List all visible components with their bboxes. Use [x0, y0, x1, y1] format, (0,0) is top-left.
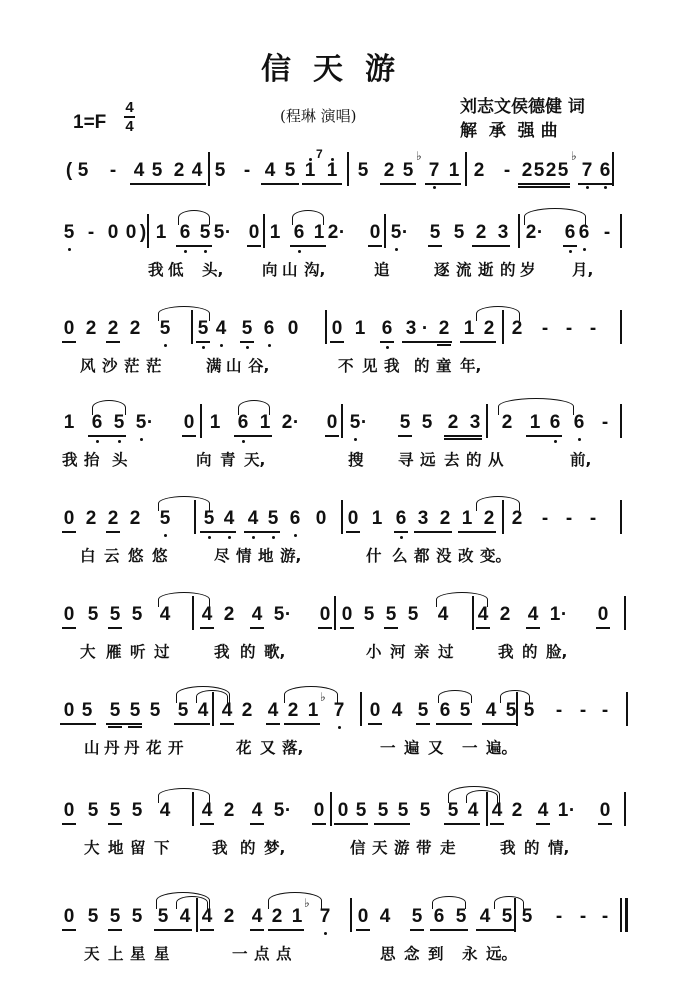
note: 0 — [312, 800, 326, 822]
dash-symbol: - — [106, 160, 120, 182]
augmentation-dot: · — [560, 604, 568, 626]
note: 2 — [222, 604, 236, 626]
octave-dot-below — [586, 186, 589, 189]
beam-line — [108, 929, 122, 931]
barline — [341, 500, 343, 534]
note: 4 — [526, 604, 540, 626]
flat-sign: ♭ — [304, 896, 310, 910]
note: 4 — [220, 700, 234, 722]
barline — [334, 596, 336, 630]
note: 5 — [158, 508, 172, 530]
lyric-char: 去 — [444, 448, 460, 470]
lyric-char: 梦, — [264, 836, 285, 858]
note: 5 — [458, 700, 472, 722]
note: 4 — [200, 604, 214, 626]
octave-dot-below — [386, 346, 389, 349]
dash-symbol: - — [600, 222, 614, 244]
beam-line — [60, 723, 96, 725]
octave-dot-below — [96, 440, 99, 443]
note: 3 — [468, 412, 482, 434]
lyric-char: 念 — [404, 942, 420, 964]
barline — [626, 692, 628, 726]
beam-line — [318, 627, 332, 629]
note: 5 — [396, 800, 410, 822]
barline — [624, 596, 626, 630]
lyric-char: 变。 — [480, 544, 511, 566]
note: 5 — [410, 906, 424, 928]
note: 0 — [336, 800, 350, 822]
note: 1 — [462, 318, 476, 340]
note: 1 — [268, 222, 282, 244]
lyric-char: 月, — [572, 258, 593, 280]
note: 0 — [62, 700, 76, 722]
beam-line — [526, 627, 540, 629]
flat-sign: ♭ — [416, 149, 422, 163]
lyric-char: 的 — [466, 448, 482, 470]
note: 2 — [438, 508, 452, 530]
note: 5 — [406, 604, 420, 626]
note: 4 — [476, 604, 490, 626]
lyric-char: 歌, — [264, 640, 285, 662]
lyric-char: 向 — [262, 258, 278, 280]
lyric-char: 山 — [282, 258, 298, 280]
barline — [620, 214, 622, 248]
note: 4 — [250, 604, 264, 626]
lyric-char: 过 — [438, 640, 454, 662]
lyricist-credit: 刘志文侯德健 词 — [460, 92, 585, 117]
lyric-char: 云 — [104, 544, 120, 566]
note: 6 — [90, 412, 104, 434]
beam-line — [596, 627, 610, 629]
note: 4 — [378, 906, 392, 928]
note: 2 — [510, 508, 524, 530]
beam-line — [106, 723, 142, 725]
augmentation-dot: · — [284, 800, 292, 822]
octave-dot-below — [246, 346, 249, 349]
song-title: 信天游 — [0, 44, 678, 88]
slur-tie — [476, 496, 520, 511]
note: 5 — [266, 508, 280, 530]
note: 2 — [270, 906, 284, 928]
beam-line — [302, 183, 342, 185]
dash-symbol: - — [552, 906, 566, 928]
lyric-char: 情, — [548, 836, 569, 858]
note: 2 — [437, 318, 451, 340]
note: 1 — [306, 700, 320, 722]
lyric-char: 花 — [146, 736, 162, 758]
beam-line — [196, 341, 210, 343]
note: 4 — [200, 906, 214, 928]
note: 5 — [354, 800, 368, 822]
octave-dot-below — [268, 344, 271, 347]
lyric-char: 我 — [148, 258, 164, 280]
octave-dot-below — [433, 186, 436, 189]
lyric-char: 信 — [350, 836, 366, 858]
note: 2 — [286, 700, 300, 722]
lyric-char: 带 — [416, 836, 432, 858]
lyric-char: 风 — [80, 354, 96, 376]
dash-symbol: - — [598, 412, 612, 434]
lyric-char: 前, — [570, 448, 591, 470]
barline — [620, 500, 622, 534]
lyric-char: 低 — [168, 258, 184, 280]
note: 4 — [178, 906, 192, 928]
barline — [347, 152, 349, 186]
note: 6 — [598, 160, 612, 182]
note: 4 — [266, 700, 280, 722]
beam-line — [62, 531, 76, 533]
note: 4 — [222, 508, 236, 530]
augmentation-dot: · — [360, 412, 368, 434]
lyric-char: 我 — [62, 448, 78, 470]
dash-symbol: - — [538, 318, 552, 340]
note: 4 — [263, 160, 277, 182]
lyric-char: 开 — [168, 736, 184, 758]
beam-line — [250, 823, 264, 825]
slur-tie — [498, 398, 574, 415]
note: 5 — [202, 508, 216, 530]
octave-dot-below — [324, 932, 327, 935]
note: 5 — [240, 318, 254, 340]
beam-line — [200, 823, 214, 825]
beam-line — [268, 929, 304, 931]
lyric-char: 远。 — [486, 942, 517, 964]
note: 5 — [130, 604, 144, 626]
lyric-char: 追 — [374, 258, 390, 280]
note: 5 — [384, 604, 398, 626]
note: 0 — [325, 412, 339, 434]
octave-dot-below — [228, 536, 231, 539]
beam-line — [62, 823, 76, 825]
lyric-char: 悠 — [152, 544, 168, 566]
octave-dot-below — [354, 438, 357, 441]
octave-dot-below — [569, 250, 572, 253]
beam-line — [472, 245, 510, 247]
lyric-char: 白 — [80, 544, 96, 566]
dash-symbol: - — [598, 700, 612, 722]
beam-line — [176, 245, 212, 247]
lyric-char: 一 — [380, 736, 396, 758]
lyric-char: 从 — [488, 448, 504, 470]
beam-line — [247, 245, 261, 247]
dash-symbol: - — [576, 700, 590, 722]
lyric-char: 岁 — [520, 258, 536, 280]
beam-line — [436, 723, 472, 725]
lyric-char: 点 — [254, 942, 270, 964]
note: 2 — [382, 160, 396, 182]
lyric-char: 什 — [366, 544, 382, 566]
beam-line — [476, 929, 512, 931]
lyric-char: 雁 — [106, 640, 122, 662]
note: 3 — [496, 222, 510, 244]
beam-line — [482, 723, 518, 725]
note: 0 — [340, 604, 354, 626]
note: 4 — [200, 800, 214, 822]
lyric-char: 的 — [500, 258, 516, 280]
dash-symbol: - — [240, 160, 254, 182]
time-signature-bottom: 4 — [125, 118, 133, 135]
barline — [624, 792, 626, 826]
dash-symbol: - — [552, 700, 566, 722]
lyric-char: 地 — [108, 836, 124, 858]
octave-dot-below — [220, 344, 223, 347]
beam-line — [62, 627, 76, 629]
note: 4 — [436, 604, 450, 626]
lyric-char: 脸, — [546, 640, 567, 662]
dash-symbol: - — [586, 318, 600, 340]
parenthesis: ( — [62, 160, 76, 182]
lyric-char: 青 — [220, 448, 236, 470]
beam-line — [394, 531, 408, 533]
beam-line — [261, 183, 299, 185]
lyric-char: 一 — [232, 942, 248, 964]
note: 0 — [182, 412, 196, 434]
note: 0 — [356, 906, 370, 928]
note: 1 — [447, 160, 461, 182]
beam-line — [526, 435, 562, 437]
beam-line — [182, 435, 196, 437]
augmentation-dot: · — [401, 222, 409, 244]
note: 5 — [418, 800, 432, 822]
beam-line — [598, 823, 612, 825]
lyric-char: 茫 — [146, 354, 162, 376]
lyric-char: 尽 — [214, 544, 230, 566]
note: 4 — [196, 700, 210, 722]
note: 4 — [250, 906, 264, 928]
dash-symbol: - — [562, 318, 576, 340]
slur-tie — [158, 496, 210, 511]
beam-line — [444, 438, 482, 440]
note: 4 — [536, 800, 550, 822]
note: 2 — [222, 906, 236, 928]
note: 2 — [106, 318, 120, 340]
beam-line — [368, 723, 382, 725]
lyric-char: 丹 — [104, 736, 120, 758]
lyric-char: 见 — [362, 354, 378, 376]
note: 2 — [128, 508, 142, 530]
lyric-char: 茫 — [124, 354, 140, 376]
barline — [620, 404, 622, 438]
note: 2 — [222, 800, 236, 822]
note: 0 — [247, 222, 261, 244]
note: 0 — [330, 318, 344, 340]
lyric-char: 么 — [392, 544, 408, 566]
note: 5 — [376, 800, 390, 822]
note: 1 — [208, 412, 222, 434]
lyric-char: 寻 — [398, 448, 414, 470]
beam-line — [428, 245, 442, 247]
beam-line — [130, 183, 206, 185]
note: 6 — [432, 906, 446, 928]
lyric-char: 山 — [84, 736, 100, 758]
lyric-char: 的 — [522, 640, 538, 662]
note: 5 — [130, 906, 144, 928]
beam-line — [536, 823, 550, 825]
note: 5 — [112, 412, 126, 434]
lyric-char: 我 — [384, 354, 400, 376]
lyric-char: 又 — [428, 736, 444, 758]
dash-symbol: - — [562, 508, 576, 530]
lyric-char: 头 — [112, 448, 128, 470]
slur-tie — [92, 400, 126, 415]
note: 4 — [246, 508, 260, 530]
note: 4 — [214, 318, 228, 340]
slur-tie — [524, 208, 586, 225]
beam-line — [240, 341, 254, 343]
barline — [486, 404, 488, 438]
dash-symbol: - — [598, 906, 612, 928]
dash-symbol: - — [84, 222, 98, 244]
slur-tie — [466, 790, 498, 803]
octave-dot-below — [583, 248, 586, 251]
lyric-char: 大 — [80, 640, 96, 662]
octave-dot-below — [184, 250, 187, 253]
octave-dot-below — [252, 536, 255, 539]
barline — [384, 214, 386, 248]
lyric-char: 远 — [420, 448, 436, 470]
lyric-char: 沙 — [102, 354, 118, 376]
lyric-char: 的 — [524, 836, 540, 858]
barline — [147, 214, 149, 248]
note: 7 — [580, 160, 594, 182]
note: 5 — [76, 160, 90, 182]
note: 5 — [128, 700, 142, 722]
lyric-char: 思 — [380, 942, 396, 964]
beam-line — [330, 341, 344, 343]
lyric-char: 小 — [366, 640, 382, 662]
octave-dot-below — [202, 346, 205, 349]
slur-tie — [178, 210, 210, 225]
lyric-char: 流 — [456, 258, 472, 280]
augmentation-dot: · — [568, 800, 576, 822]
octave-dot-below — [204, 250, 207, 253]
beam-line — [325, 435, 339, 437]
lyric-char: 一 — [462, 736, 478, 758]
lyric-char: 抬 — [84, 448, 100, 470]
note: 1 — [290, 906, 304, 928]
dash-symbol: - — [538, 508, 552, 530]
beam-line — [244, 531, 280, 533]
note: 5 — [500, 906, 514, 928]
note: 0 — [346, 508, 360, 530]
barline — [341, 404, 343, 438]
barline — [518, 214, 520, 248]
note: 5 — [401, 160, 415, 182]
slur-tie — [238, 400, 270, 415]
note: 1 — [62, 412, 76, 434]
note: 6 — [394, 508, 408, 530]
note: 0 — [62, 318, 76, 340]
lyric-char: 逝 — [478, 258, 494, 280]
octave-dot-below — [272, 536, 275, 539]
barline — [330, 792, 332, 826]
lyric-char: 过 — [154, 640, 170, 662]
slur-tie — [292, 210, 324, 225]
beam-line — [200, 929, 214, 931]
lyric-char: 到 — [428, 942, 444, 964]
octave-dot-below — [242, 440, 245, 443]
barline — [350, 898, 352, 932]
beam-line — [563, 245, 577, 247]
note: 5 — [556, 160, 570, 182]
beam-line — [250, 627, 264, 629]
flat-sign: ♭ — [571, 149, 577, 163]
beam-line — [430, 929, 466, 931]
note: 1 — [460, 508, 474, 530]
note: 1 — [353, 318, 367, 340]
beam-line — [108, 823, 122, 825]
beam-line — [476, 627, 490, 629]
note: 5 — [196, 318, 210, 340]
note: 4 — [158, 800, 172, 822]
barline — [360, 692, 362, 726]
note: 1 — [370, 508, 384, 530]
note: 2 — [482, 508, 496, 530]
note: 1 — [325, 160, 339, 182]
note: 2 — [482, 318, 496, 340]
lyric-char: 天, — [244, 448, 265, 470]
octave-dot-below — [164, 344, 167, 347]
note: 6 — [292, 222, 306, 244]
slur-tie — [476, 306, 520, 321]
augmentation-dot: · — [292, 412, 300, 434]
note: 5 — [62, 222, 76, 244]
beam-line — [62, 929, 76, 931]
time-signature: 4 4 — [124, 100, 135, 134]
lyric-char: 山 — [226, 354, 242, 376]
note: 5 — [130, 800, 144, 822]
lyric-char: 向 — [196, 448, 212, 470]
lyric-char: 走 — [440, 836, 456, 858]
dash-symbol: - — [576, 906, 590, 928]
beam-line — [368, 245, 382, 247]
octave-dot-below — [140, 438, 143, 441]
note: 7 — [427, 160, 441, 182]
barline — [263, 214, 265, 248]
note: 2 — [128, 318, 142, 340]
note: 5 — [446, 800, 460, 822]
beam-line — [416, 723, 430, 725]
lyric-char: 星 — [154, 942, 170, 964]
beam-line — [234, 435, 270, 437]
note: 0 — [62, 508, 76, 530]
final-barline — [625, 898, 628, 932]
slur-tie — [494, 896, 524, 909]
note: 1 — [312, 222, 326, 244]
lyric-char: 听 — [130, 640, 146, 662]
note: 5 — [428, 222, 442, 244]
lyric-char: 亲 — [414, 640, 430, 662]
note: 5 — [420, 412, 434, 434]
barline — [200, 404, 202, 438]
note: 7 — [332, 700, 346, 722]
note: 1 — [154, 222, 168, 244]
octave-dot-below — [68, 248, 71, 251]
slur-tie — [500, 690, 530, 703]
octave-dot-below — [400, 536, 403, 539]
note: 5 — [86, 800, 100, 822]
note: 1 — [258, 412, 272, 434]
final-barline — [620, 898, 622, 932]
note: 4 — [484, 700, 498, 722]
note: 5 — [416, 700, 430, 722]
note: 5 — [80, 700, 94, 722]
lyric-char: 天 — [372, 836, 388, 858]
slur-tie — [436, 592, 488, 607]
note: 6 — [236, 412, 250, 434]
slur-tie — [176, 896, 208, 909]
beam-line — [414, 531, 452, 533]
